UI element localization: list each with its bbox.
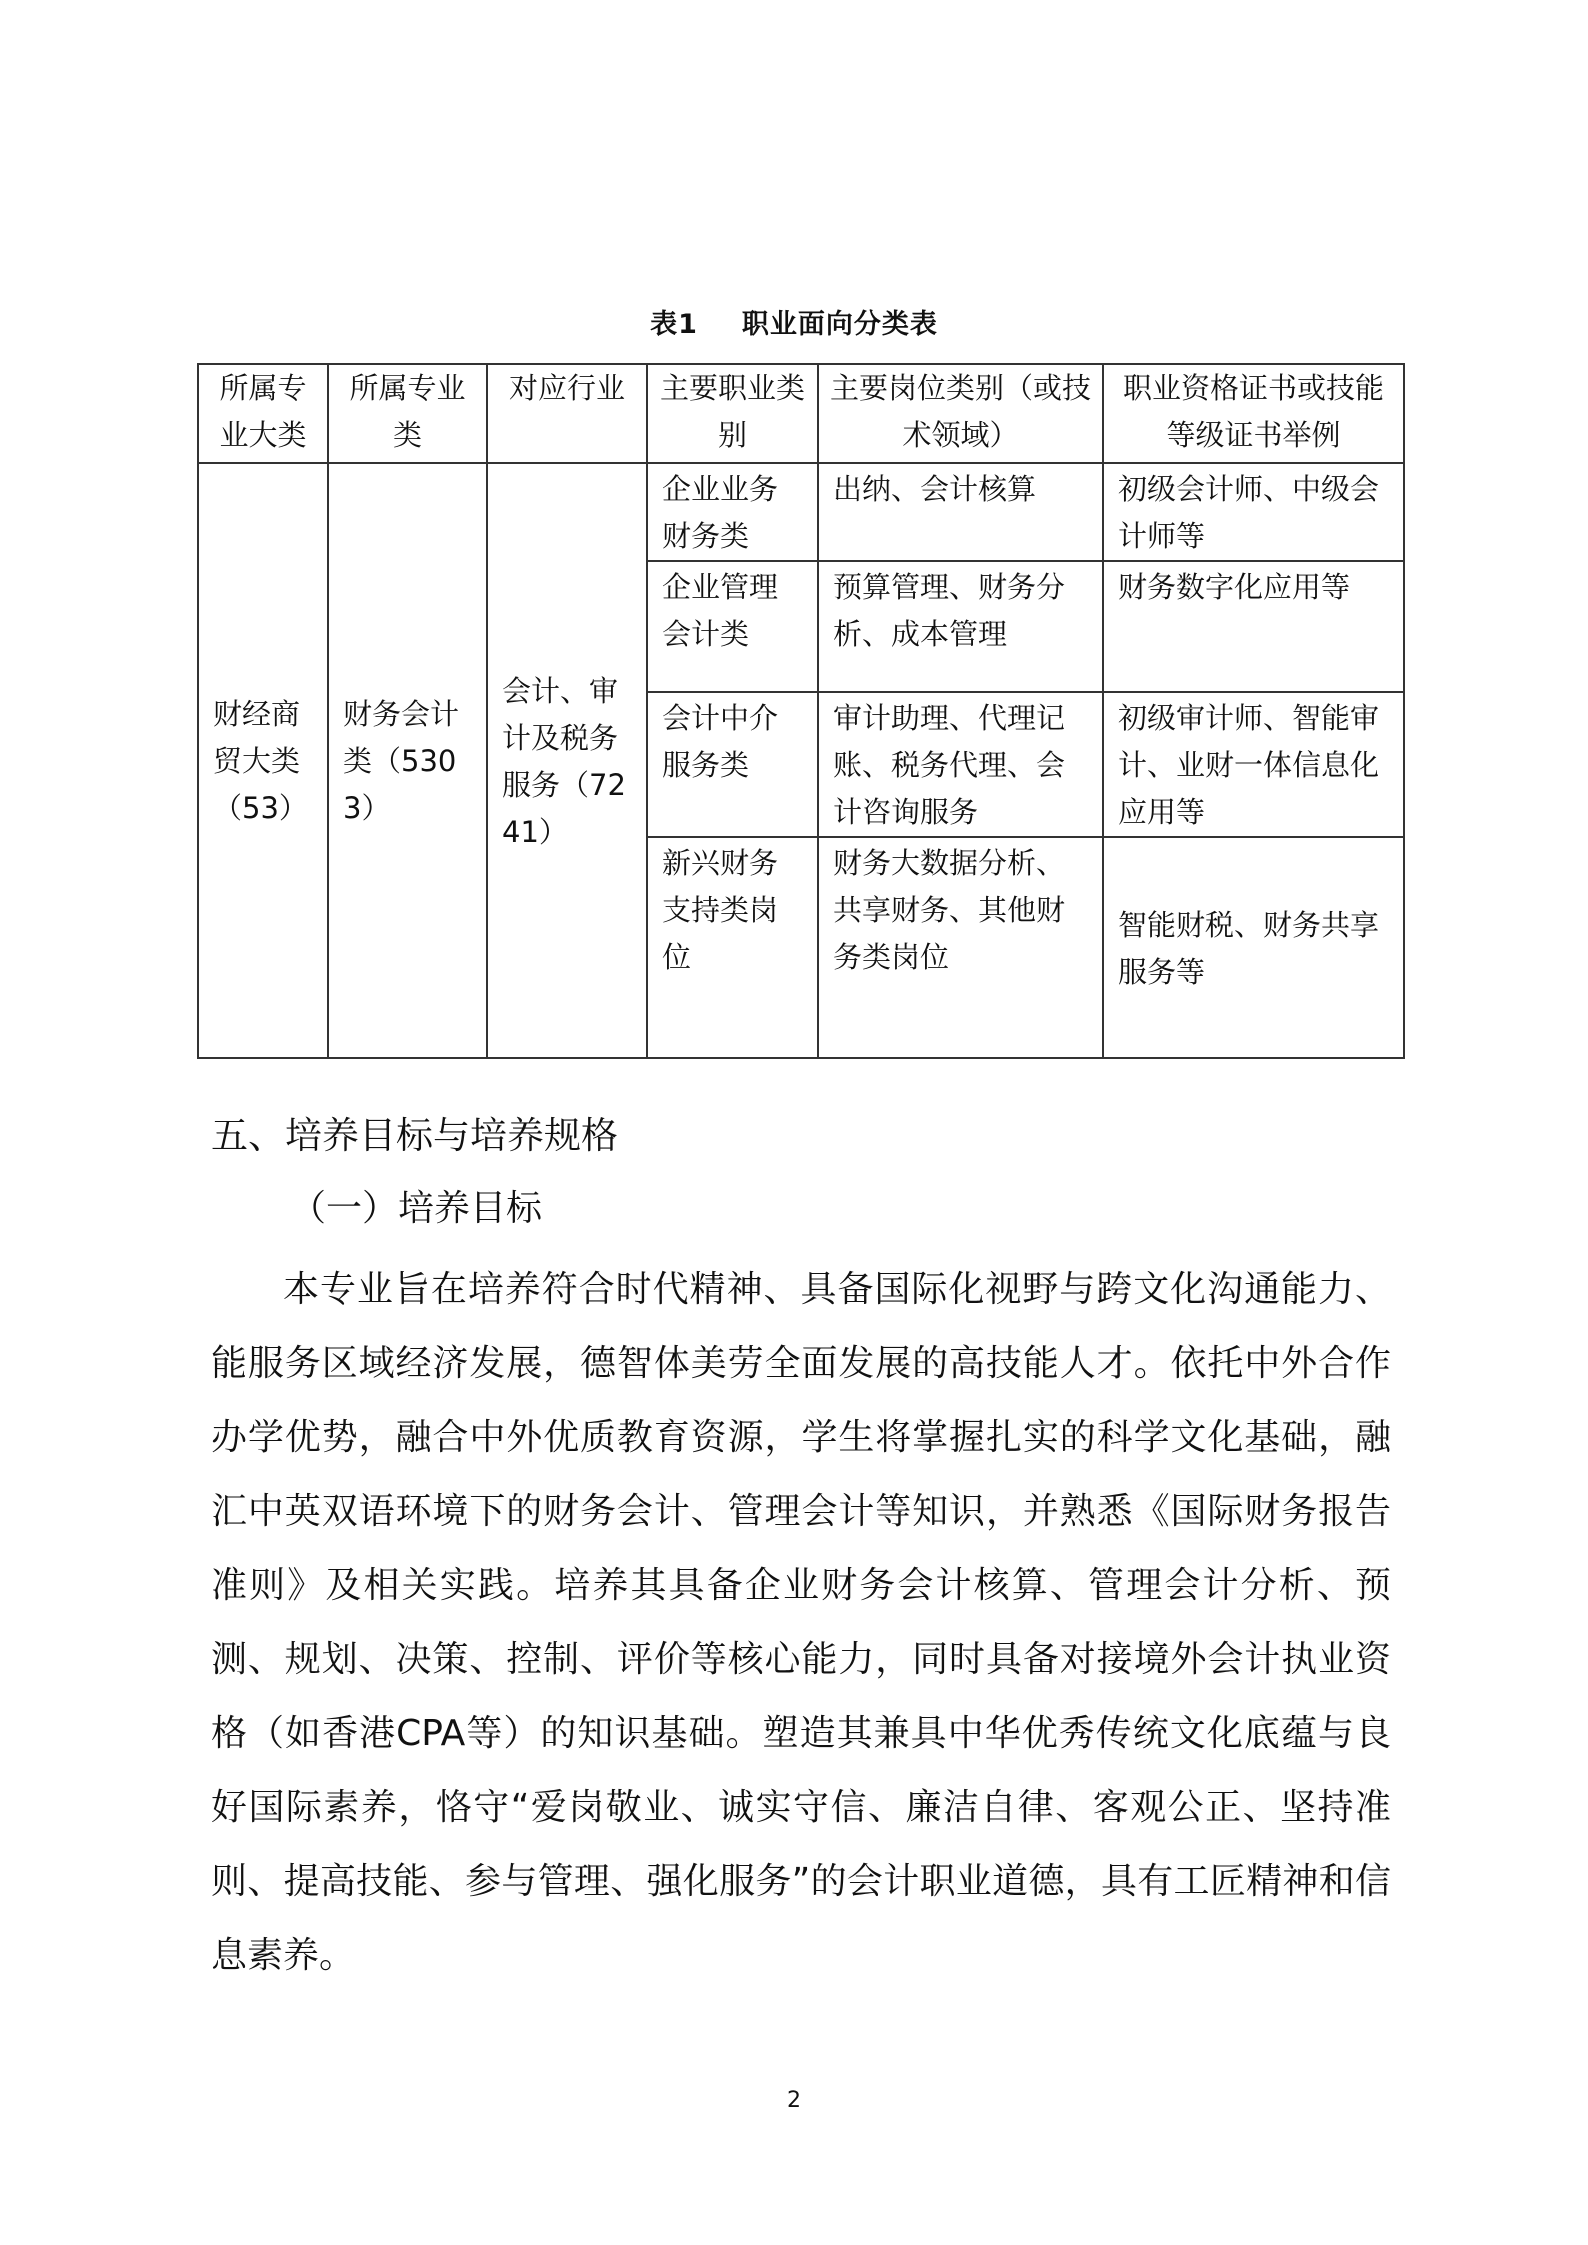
occupation-table: 所属专业大类 所属专业类 对应行业 主要职业类别 主要岗位类别（或技术领域） 职…: [197, 363, 1405, 1059]
header-industry: 对应行业: [487, 364, 647, 463]
cell-occupation: 企业业务财务类: [647, 463, 818, 561]
cell-occupation: 会计中介服务类: [647, 692, 818, 837]
header-certificates: 职业资格证书或技能等级证书举例: [1103, 364, 1404, 463]
cell-industry: 会计、审计及税务服务（7241）: [487, 463, 647, 1058]
section-heading: 五、培养目标与培养规格: [211, 1105, 618, 1159]
table-title: 职业面向分类表: [742, 309, 938, 340]
section-subheading: （一）培养目标: [290, 1180, 542, 1231]
cell-occupation: 新兴财务支持类岗位: [647, 837, 818, 1058]
cell-major-category: 财经商贸大类（53）: [198, 463, 328, 1058]
cell-positions: 预算管理、财务分析、成本管理: [818, 561, 1103, 692]
cell-positions: 审计助理、代理记账、税务代理、会计咨询服务: [818, 692, 1103, 837]
page-number: 2: [0, 2088, 1588, 2113]
table-header-row: 所属专业大类 所属专业类 对应行业 主要职业类别 主要岗位类别（或技术领域） 职…: [198, 364, 1404, 463]
cell-positions: 财务大数据分析、共享财务、其他财务类岗位: [818, 837, 1103, 1058]
table-row: 财经商贸大类（53） 财务会计类（5303） 会计、审计及税务服务（7241） …: [198, 463, 1404, 561]
header-specialty-category: 所属专业类: [328, 364, 487, 463]
table-number: 表1: [650, 309, 698, 340]
header-major-category: 所属专业大类: [198, 364, 328, 463]
cell-certificates: 初级会计师、中级会计师等: [1103, 463, 1404, 561]
cell-positions: 出纳、会计核算: [818, 463, 1103, 561]
body-paragraph: 本专业旨在培养符合时代精神、具备国际化视野与跨文化沟通能力、能服务区域经济发展，…: [211, 1253, 1391, 1993]
cell-certificates: 智能财税、财务共享服务等: [1103, 837, 1404, 1058]
header-positions: 主要岗位类别（或技术领域）: [818, 364, 1103, 463]
cell-certificates: 财务数字化应用等: [1103, 561, 1404, 692]
header-occupation: 主要职业类别: [647, 364, 818, 463]
cell-occupation: 企业管理会计类: [647, 561, 818, 692]
table-caption: 表1职业面向分类表: [0, 302, 1588, 341]
cell-certificates: 初级审计师、智能审计、业财一体信息化应用等: [1103, 692, 1404, 837]
cell-specialty-category: 财务会计类（5303）: [328, 463, 487, 1058]
